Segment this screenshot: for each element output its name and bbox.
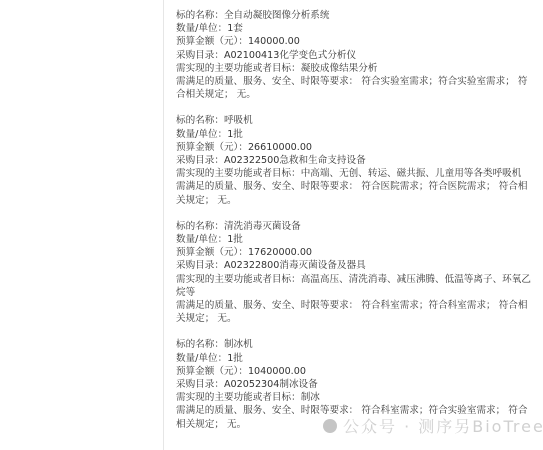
item-catalog-label: 采购目录： (176, 50, 224, 61)
item-name-label: 标的名称： (176, 10, 224, 21)
item-budget-label: 预算金额（元）： (176, 247, 248, 258)
item-catalog-row: 采购目录：A02052304制冰设备 (176, 378, 536, 391)
item-name-value: 呼吸机 (224, 115, 253, 126)
item-function-row: 需实现的主要功能或者目标：中高端、无创、转运、磁共振、儿童用等各类呼吸机 (176, 167, 536, 180)
item-catalog-row: 采购目录：A02322500急救和生命支持设备 (176, 154, 536, 167)
procurement-item: 标的名称：清洗消毒灭菌设备 数量/单位：1批 预算金额（元）：17620000.… (176, 220, 536, 326)
item-quantity-row: 数量/单位：1批 (176, 352, 536, 365)
item-budget-label: 预算金额（元）： (176, 36, 248, 47)
item-name-value: 全自动凝胶图像分析系统 (224, 10, 330, 21)
procurement-item: 标的名称：制冰机 数量/单位：1批 预算金额（元）：1040000.00 采购目… (176, 338, 536, 430)
item-quantity-value: 1批 (227, 353, 243, 364)
item-name-label: 标的名称： (176, 339, 224, 350)
item-quantity-label: 数量/单位： (176, 23, 227, 34)
item-budget-row: 预算金额（元）：17620000.00 (176, 246, 536, 259)
item-catalog-label: 采购目录： (176, 155, 224, 166)
item-catalog-value: A02322500急救和生命支持设备 (224, 155, 366, 166)
item-quantity-value: 1批 (227, 234, 243, 245)
item-quantity-row: 数量/单位：1批 (176, 128, 536, 141)
item-budget-value: 1040000.00 (248, 366, 306, 377)
item-function-row: 需实现的主要功能或者目标：制冰 (176, 391, 536, 404)
item-function-label: 需实现的主要功能或者目标： (176, 63, 301, 74)
item-catalog-value: A02100413化学变色式分析仪 (224, 50, 356, 61)
item-requirements-row: 需满足的质量、服务、安全、时限等要求： 符合实验室需求；符合实验室需求； 符合相… (176, 75, 536, 101)
item-quantity-row: 数量/单位：1批 (176, 233, 536, 246)
item-function-label: 需实现的主要功能或者目标： (176, 392, 301, 403)
item-quantity-value: 1批 (227, 129, 243, 140)
item-requirements-label: 需满足的质量、服务、安全、时限等要求： (176, 181, 358, 192)
item-requirements-label: 需满足的质量、服务、安全、时限等要求： (176, 76, 358, 87)
item-budget-row: 预算金额（元）：1040000.00 (176, 365, 536, 378)
item-catalog-row: 采购目录：A02322800消毒灭菌设备及器具 (176, 259, 536, 272)
item-quantity-label: 数量/单位： (176, 353, 227, 364)
item-budget-label: 预算金额（元）： (176, 142, 248, 153)
item-requirements-label: 需满足的质量、服务、安全、时限等要求： (176, 405, 358, 416)
item-catalog-row: 采购目录：A02100413化学变色式分析仪 (176, 49, 536, 62)
item-budget-label: 预算金额（元）： (176, 366, 248, 377)
item-budget-value: 26610000.00 (248, 142, 312, 153)
content-divider (163, 0, 164, 450)
procurement-item: 标的名称：呼吸机 数量/单位：1批 预算金额（元）：26610000.00 采购… (176, 114, 536, 206)
item-name-value: 清洗消毒灭菌设备 (224, 221, 301, 232)
item-name-row: 标的名称：全自动凝胶图像分析系统 (176, 9, 536, 22)
item-quantity-value: 1套 (227, 23, 243, 34)
item-function-value: 中高端、无创、转运、磁共振、儿童用等各类呼吸机 (301, 168, 522, 179)
item-name-value: 制冰机 (224, 339, 253, 350)
item-quantity-row: 数量/单位：1套 (176, 22, 536, 35)
item-catalog-value: A02052304制冰设备 (224, 379, 318, 390)
item-name-row: 标的名称：清洗消毒灭菌设备 (176, 220, 536, 233)
left-blank-pane (0, 0, 163, 450)
item-budget-row: 预算金额（元）：26610000.00 (176, 141, 536, 154)
item-requirements-row: 需满足的质量、服务、安全、时限等要求： 符合医院需求；符合医院需求； 符合相关规… (176, 180, 536, 206)
item-name-row: 标的名称：制冰机 (176, 338, 536, 351)
item-function-row: 需实现的主要功能或者目标：高温高压、清洗消毒、减压沸腾、低温等离子、环氧乙烷等 (176, 273, 536, 299)
item-requirements-row: 需满足的质量、服务、安全、时限等要求： 符合科室需求；符合实验室需求； 符合相关… (176, 404, 536, 430)
item-budget-row: 预算金额（元）：140000.00 (176, 35, 536, 48)
item-quantity-label: 数量/单位： (176, 234, 227, 245)
item-function-row: 需实现的主要功能或者目标：凝胶成像结果分析 (176, 62, 536, 75)
item-function-value: 制冰 (301, 392, 320, 403)
item-catalog-label: 采购目录： (176, 379, 224, 390)
item-catalog-label: 采购目录： (176, 260, 224, 271)
item-function-value: 凝胶成像结果分析 (301, 63, 378, 74)
item-requirements-row: 需满足的质量、服务、安全、时限等要求： 符合科室需求；符合科室需求； 符合相关规… (176, 299, 536, 325)
item-catalog-value: A02322800消毒灭菌设备及器具 (224, 260, 366, 271)
item-budget-value: 140000.00 (248, 36, 300, 47)
item-function-label: 需实现的主要功能或者目标： (176, 168, 301, 179)
item-quantity-label: 数量/单位： (176, 129, 227, 140)
item-name-label: 标的名称： (176, 115, 224, 126)
item-function-label: 需实现的主要功能或者目标： (176, 274, 301, 285)
item-name-label: 标的名称： (176, 221, 224, 232)
item-requirements-label: 需满足的质量、服务、安全、时限等要求： (176, 300, 358, 311)
procurement-item-list: 标的名称：全自动凝胶图像分析系统 数量/单位：1套 预算金额（元）：140000… (176, 9, 536, 444)
item-budget-value: 17620000.00 (248, 247, 312, 258)
procurement-item: 标的名称：全自动凝胶图像分析系统 数量/单位：1套 预算金额（元）：140000… (176, 9, 536, 101)
item-name-row: 标的名称：呼吸机 (176, 114, 536, 127)
